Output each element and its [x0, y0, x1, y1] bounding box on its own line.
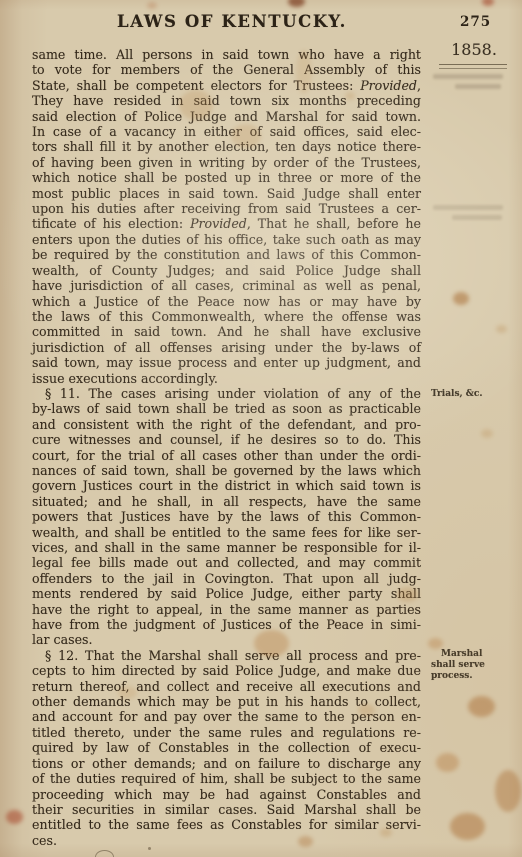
- text-line: powers that Justices have by the laws of…: [32, 509, 421, 524]
- text-line: issue executions accordingly.: [32, 371, 421, 386]
- year-rule: [439, 68, 507, 69]
- text-line: and consistent with the right of the def…: [32, 417, 421, 432]
- text-line: have from the judgment of Justices of th…: [32, 617, 421, 632]
- text-line: nances of said town, shall be governed b…: [32, 463, 421, 478]
- text-line: In case of a vacancy in either of said o…: [32, 124, 421, 139]
- text-line: committed in said town. And he shall hav…: [32, 324, 421, 339]
- text-line: lar cases.: [32, 632, 421, 647]
- text-line: legal fee bills made out and collected, …: [32, 555, 421, 570]
- show-through-text: [452, 215, 502, 220]
- text-line: proceeding which may be had against Cons…: [32, 787, 421, 802]
- body-text-column: same time. All persons in said town who …: [32, 47, 421, 848]
- text-line: be required by the constitution and laws…: [32, 247, 421, 262]
- text-line: said election of Police Judge and Marsha…: [32, 109, 421, 124]
- stain: [147, 2, 157, 9]
- show-through-text: [455, 84, 501, 89]
- text-line: ments rendered by said Police Judge, eit…: [32, 586, 421, 601]
- text-line: by-laws of said town shall be tried as s…: [32, 401, 421, 416]
- text-line: enters upon the duties of his office, ta…: [32, 232, 421, 247]
- text-line: and account for and pay over the same to…: [32, 709, 421, 724]
- text-line: wealth, and shall be entitled to the sam…: [32, 525, 421, 540]
- text-line: of having been given in writing by order…: [32, 155, 421, 170]
- year-rule: [439, 64, 507, 65]
- page-number: 275: [460, 14, 504, 30]
- page-header-title: LAWS OF KENTUCKY.: [32, 12, 432, 31]
- text-line: jurisdiction of all offenses arising und…: [32, 340, 421, 355]
- text-line: which notice shall be posted up in three…: [32, 170, 421, 185]
- text-line: same time. All persons in said town who …: [32, 47, 421, 62]
- text-line: cepts to him directed by said Police Jud…: [32, 663, 421, 678]
- text-line: other demands which may be put in his ha…: [32, 694, 421, 709]
- text-line: titled thereto, under the same rules and…: [32, 725, 421, 740]
- text-line: their securities in similar cases. Said …: [32, 802, 421, 817]
- text-line: quired by law of Constables in the colle…: [32, 740, 421, 755]
- text-line: offenders to the jail in Covington. That…: [32, 571, 421, 586]
- text-line: govern Justices court in the district in…: [32, 478, 421, 493]
- text-line: the laws of this Commonwealth, where the…: [32, 309, 421, 324]
- text-line: tors shall fill it by another election, …: [32, 139, 421, 154]
- stain: [495, 770, 521, 812]
- text-line: situated; and he shall, in all respects,…: [32, 494, 421, 509]
- text-line: of the duties required of him, shall be …: [32, 771, 421, 786]
- stain: [468, 696, 495, 717]
- partial-section-mark: [95, 850, 114, 857]
- text-line: said town, may issue process and enter u…: [32, 355, 421, 370]
- stain: [436, 753, 459, 772]
- stain: [453, 292, 469, 305]
- margin-note: Marshal shall serve process.: [431, 649, 509, 681]
- stain: [482, 0, 494, 6]
- text-line: State, shall be competent electors for T…: [32, 78, 421, 93]
- text-line: upon his duties after receiving from sai…: [32, 201, 421, 216]
- text-line: § 11. The cases arising under violation …: [32, 386, 421, 401]
- ink-speck: [148, 847, 151, 850]
- text-line: wealth, of County Judges; and said Polic…: [32, 263, 421, 278]
- text-line: cure witnesses and counsel, if he desire…: [32, 432, 421, 447]
- text-line: return thereof, and collect and receive …: [32, 679, 421, 694]
- stain: [450, 813, 485, 840]
- margin-note: Trials, &c.: [431, 389, 509, 400]
- text-line: have the right to appeal, in the same ma…: [32, 602, 421, 617]
- text-line: most public places in said town. Said Ju…: [32, 186, 421, 201]
- text-line: court, for the trial of all cases other …: [32, 448, 421, 463]
- text-line: vices, and shall in the same manner be r…: [32, 540, 421, 555]
- show-through-text: [433, 74, 503, 79]
- text-line: which a Justice of the Peace now has or …: [32, 294, 421, 309]
- stain: [288, 0, 305, 7]
- show-through-text: [433, 205, 503, 210]
- stain: [428, 638, 443, 649]
- stain: [481, 429, 493, 438]
- scanned-book-page: { "page": { "header_title": "LAWS OF KEN…: [0, 0, 522, 857]
- text-line: tions or other demands; and on failure t…: [32, 756, 421, 771]
- text-line: to vote for members of the General Assem…: [32, 62, 421, 77]
- stain: [496, 325, 507, 333]
- text-line: They have resided in said town six month…: [32, 93, 421, 108]
- text-line: have jurisdiction of all cases, criminal…: [32, 278, 421, 293]
- margin-year: 1858.: [442, 40, 506, 59]
- text-line: ces.: [32, 833, 421, 848]
- text-line: entitled to the same fees as Constables …: [32, 817, 421, 832]
- text-line: tificate of his election: Provided, That…: [32, 216, 421, 231]
- text-line: § 12. That the Marshal shall serve all p…: [32, 648, 421, 663]
- stain: [6, 810, 23, 824]
